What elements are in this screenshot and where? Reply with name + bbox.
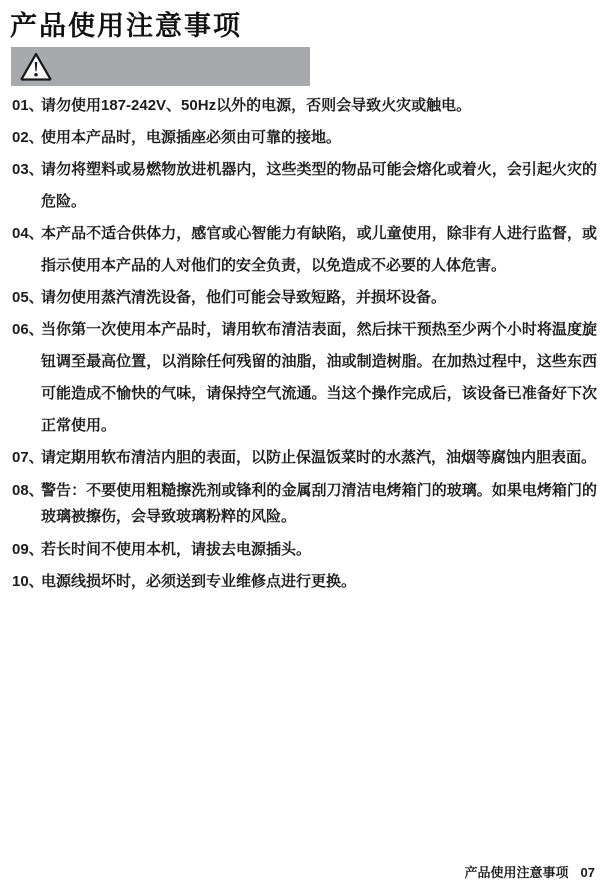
notice-text: 本产品不适合供体力，感官或心智能力有缺陷，或儿童使用，除非有人进行监督，或指示使… [41,225,597,274]
notice-number: 07、 [12,442,41,474]
notice-number: 04、 [12,218,41,250]
notice-text: 当你第一次使用本产品时，请用软布清洁表面，然后抹干预热至少两个小时将温度旋钮调至… [41,321,597,434]
notice-list: 01、请勿使用187-242V、50Hz以外的电源，否则会导致火灾或触电。 02… [12,90,597,598]
notice-item-02: 02、使用本产品时，电源插座必须由可靠的接地。 [12,122,597,154]
notice-text: 使用本产品时，电源插座必须由可靠的接地。 [41,129,341,146]
notice-item-01: 01、请勿使用187-242V、50Hz以外的电源，否则会导致火灾或触电。 [12,90,597,122]
notice-item-08: 08、警告：不要使用粗糙擦洗剂或锋利的金属刮刀清洁电烤箱门的玻璃。如果电烤箱门的… [12,478,597,530]
notice-item-05: 05、请勿使用蒸汽清洗设备，他们可能会导致短路，并损坏设备。 [12,282,597,314]
notice-number: 08、 [12,478,41,504]
notice-number: 09、 [12,534,41,566]
notice-text: 请勿使用187-242V、50Hz以外的电源，否则会导致火灾或触电。 [41,97,471,114]
page-title: 产品使用注意事项 [10,4,242,43]
notice-text: 请定期用软布清洁内胆的表面，以防止保温饭菜时的水蒸汽，油烟等腐蚀内胆表面。 [41,449,596,466]
notice-item-06: 06、当你第一次使用本产品时，请用软布清洁表面，然后抹干预热至少两个小时将温度旋… [12,314,597,442]
notice-number: 05、 [12,282,41,314]
notice-number: 10、 [12,566,41,598]
notice-number: 03、 [12,154,41,186]
notice-text: 警告：不要使用粗糙擦洗剂或锋利的金属刮刀清洁电烤箱门的玻璃。如果电烤箱门的玻璃被… [41,482,597,525]
manual-page: 产品使用注意事项 01、请勿使用187-242V、50Hz以外的电源，否则会导致… [0,0,607,891]
warning-banner [11,47,310,86]
notice-number: 01、 [12,90,41,122]
notice-item-04: 04、本产品不适合供体力，感官或心智能力有缺陷，或儿童使用，除非有人进行监督，或… [12,218,597,282]
notice-text: 电源线损坏时，必须送到专业维修点进行更换。 [41,573,356,590]
notice-item-07: 07、请定期用软布清洁内胆的表面，以防止保温饭菜时的水蒸汽，油烟等腐蚀内胆表面。 [12,442,597,474]
notice-item-10: 10、电源线损坏时，必须送到专业维修点进行更换。 [12,566,597,598]
warning-triangle-icon [19,51,53,82]
notice-number: 06、 [12,314,41,346]
notice-item-09: 09、若长时间不使用本机，请拔去电源插头。 [12,534,597,566]
footer-page-number: 07 [581,865,595,880]
page-footer: 产品使用注意事项07 [465,862,595,881]
footer-section-label: 产品使用注意事项 [465,865,569,880]
notice-text: 若长时间不使用本机，请拔去电源插头。 [41,541,311,558]
notice-item-03: 03、请勿将塑料或易燃物放进机器内，这些类型的物品可能会熔化或着火，会引起火灾的… [12,154,597,218]
notice-text: 请勿将塑料或易燃物放进机器内，这些类型的物品可能会熔化或着火，会引起火灾的危险。 [41,161,597,210]
notice-number: 02、 [12,122,41,154]
notice-text: 请勿使用蒸汽清洗设备，他们可能会导致短路，并损坏设备。 [41,289,446,306]
